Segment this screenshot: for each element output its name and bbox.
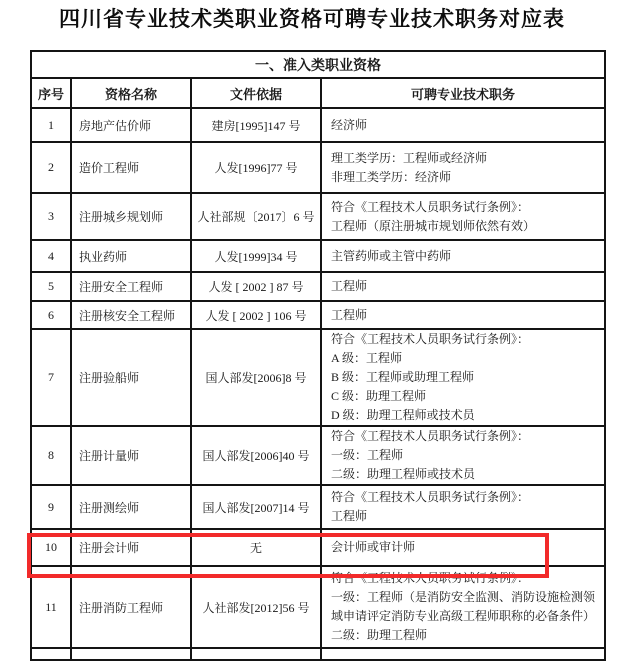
- row-name: 造价工程师: [71, 142, 191, 193]
- row-doc: 国人部发[2007]14 号: [191, 485, 321, 529]
- column-header-row: 序号 资格名称 文件依据 可聘专业技术职务: [31, 78, 605, 108]
- row-name: 注册会计师: [71, 529, 191, 566]
- table-row: 9 注册测绘师 国人部发[2007]14 号 符合《工程技术人员职务试行条例》：…: [31, 485, 605, 529]
- row-doc: [191, 648, 321, 660]
- row-no: 9: [31, 485, 71, 529]
- table-row: 8 注册计量师 国人部发[2006]40 号 符合《工程技术人员职务试行条例》：…: [31, 426, 605, 485]
- row-no: 5: [31, 272, 71, 301]
- row-doc: 人发 [ 2002 ] 87 号: [191, 272, 321, 301]
- row-name: 注册测绘师: [71, 485, 191, 529]
- row-doc: 国人部发[2006]8 号: [191, 329, 321, 426]
- row-positions: 符合《工程技术人员职务试行条例》： 一级：工程师（是消防安全监测、消防设施检测领…: [321, 566, 605, 648]
- table-row: 2 造价工程师 人发[1996]77 号 理工类学历：工程师或经济师 非理工类学…: [31, 142, 605, 193]
- column-header-no: 序号: [31, 78, 71, 108]
- table-row: 11 注册消防工程师 人社部发[2012]56 号 符合《工程技术人员职务试行条…: [31, 566, 605, 648]
- row-no: 11: [31, 566, 71, 648]
- table-row-partial: [31, 648, 605, 660]
- row-no: 1: [31, 108, 71, 142]
- row-positions: 经济师: [321, 108, 605, 142]
- row-positions: 符合《工程技术人员职务试行条例》： A 级：工程师 B 级：工程师或助理工程师 …: [321, 329, 605, 426]
- row-doc: 人发[1996]77 号: [191, 142, 321, 193]
- row-positions: 工程师: [321, 301, 605, 329]
- row-name: [71, 648, 191, 660]
- row-no: 2: [31, 142, 71, 193]
- table-row: 7 注册验船师 国人部发[2006]8 号 符合《工程技术人员职务试行条例》： …: [31, 329, 605, 426]
- row-name: 注册计量师: [71, 426, 191, 485]
- column-header-positions: 可聘专业技术职务: [321, 78, 605, 108]
- row-no: 3: [31, 193, 71, 240]
- row-positions: 符合《工程技术人员职务试行条例》： 工程师（原注册城市规划师依然有效）: [321, 193, 605, 240]
- row-doc: 人发[1999]34 号: [191, 240, 321, 272]
- page-title: 四川省专业技术类职业资格可聘专业技术职务对应表: [0, 3, 624, 33]
- row-name: 注册安全工程师: [71, 272, 191, 301]
- row-positions: 主管药师或主管中药师: [321, 240, 605, 272]
- row-name: 房地产估价师: [71, 108, 191, 142]
- row-no: 10: [31, 529, 71, 566]
- row-positions: 理工类学历：工程师或经济师 非理工类学历：经济师: [321, 142, 605, 193]
- row-no: 7: [31, 329, 71, 426]
- table-row-highlighted: 10 注册会计师 无 会计师或审计师: [31, 529, 605, 566]
- row-name: 注册核安全工程师: [71, 301, 191, 329]
- row-name: 注册城乡规划师: [71, 193, 191, 240]
- row-positions: 工程师: [321, 272, 605, 301]
- table-row: 3 注册城乡规划师 人社部规〔2017〕6 号 符合《工程技术人员职务试行条例》…: [31, 193, 605, 240]
- qualification-table: 一、准入类职业资格 序号 资格名称 文件依据 可聘专业技术职务 1 房地产估价师…: [30, 50, 606, 661]
- row-doc: 人发 [ 2002 ] 106 号: [191, 301, 321, 329]
- row-positions: [321, 648, 605, 660]
- row-name: 注册消防工程师: [71, 566, 191, 648]
- row-positions: 会计师或审计师: [321, 529, 605, 566]
- row-name: 执业药师: [71, 240, 191, 272]
- row-no: 8: [31, 426, 71, 485]
- table-row: 4 执业药师 人发[1999]34 号 主管药师或主管中药师: [31, 240, 605, 272]
- row-positions: 符合《工程技术人员职务试行条例》： 一级：工程师 二级：助理工程师或技术员: [321, 426, 605, 485]
- row-doc: 建房[1995]147 号: [191, 108, 321, 142]
- section-header-row: 一、准入类职业资格: [31, 51, 605, 78]
- row-doc: 国人部发[2006]40 号: [191, 426, 321, 485]
- row-name: 注册验船师: [71, 329, 191, 426]
- column-header-doc: 文件依据: [191, 78, 321, 108]
- row-no: 4: [31, 240, 71, 272]
- row-doc: 人社部规〔2017〕6 号: [191, 193, 321, 240]
- column-header-name: 资格名称: [71, 78, 191, 108]
- table-row: 1 房地产估价师 建房[1995]147 号 经济师: [31, 108, 605, 142]
- table-row: 6 注册核安全工程师 人发 [ 2002 ] 106 号 工程师: [31, 301, 605, 329]
- row-no: 6: [31, 301, 71, 329]
- row-doc: 人社部发[2012]56 号: [191, 566, 321, 648]
- row-doc: 无: [191, 529, 321, 566]
- table-row: 5 注册安全工程师 人发 [ 2002 ] 87 号 工程师: [31, 272, 605, 301]
- section-header: 一、准入类职业资格: [31, 51, 605, 78]
- row-positions: 符合《工程技术人员职务试行条例》： 工程师: [321, 485, 605, 529]
- row-no: [31, 648, 71, 660]
